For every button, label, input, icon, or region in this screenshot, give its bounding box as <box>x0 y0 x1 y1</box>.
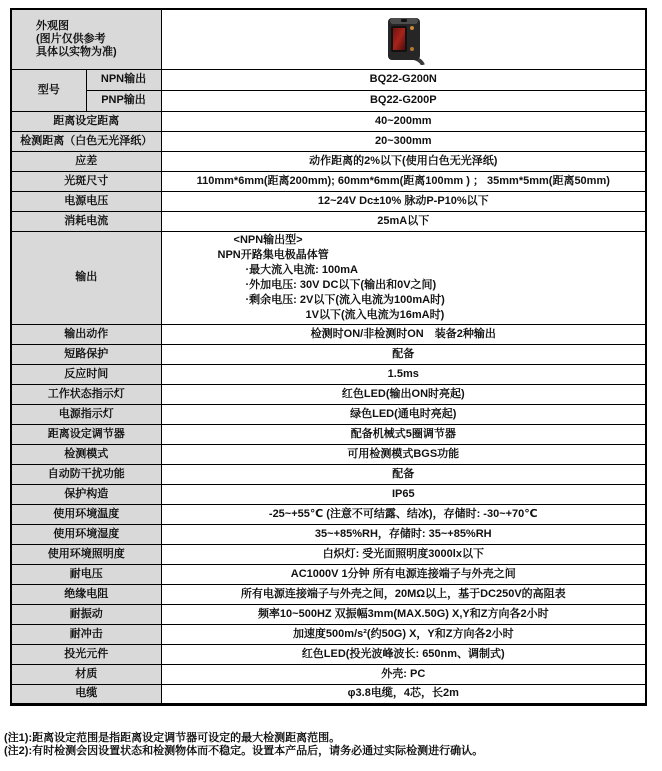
spec-label: 光斑尺寸 <box>11 171 161 191</box>
spec-label: 耐振动 <box>11 604 161 624</box>
appearance-label-line2: (图片仅供参考 <box>36 33 157 46</box>
sensor-lens <box>393 28 405 50</box>
spec-label: 反应时间 <box>11 364 161 384</box>
output-detail-block: <NPN输出型> NPN开路集电极晶体管 ·最大流入电流: 100mA ·外加电… <box>166 233 642 323</box>
table-row-appearance: 外观图 (图片仅供参考 具体以实物为准) <box>11 9 646 69</box>
spec-value: 配备机械式5圈调节器 <box>161 424 646 444</box>
spec-label: 使用环境照明度 <box>11 544 161 564</box>
table-row: 检测距离（白色无光泽纸）20~300mm <box>11 131 646 151</box>
appearance-label: 外观图 (图片仅供参考 具体以实物为准) <box>11 9 161 69</box>
spec-value: -25~+55℃ (注意不可结露、结冰)，存储时: -30~+70℃ <box>161 504 646 524</box>
spec-value: 40~200mm <box>161 111 646 131</box>
spec-value: 白炽灯: 受光面照明度3000lx以下 <box>161 544 646 564</box>
spec-value: 所有电源连接端子与外壳之间，20MΩ以上，基于DC250V的高阻表 <box>161 584 646 604</box>
spec-label: 耐冲击 <box>11 624 161 644</box>
table-row-output: 输出 <NPN输出型> NPN开路集电极晶体管 ·最大流入电流: 100mA ·… <box>11 231 646 324</box>
sensor-product-photo <box>384 15 430 65</box>
spec-value: 12~24V Dc±10% 脉动P-P10%以下 <box>161 191 646 211</box>
table-row: 电源指示灯绿色LED(通电时亮起) <box>11 404 646 424</box>
table-row: 消耗电流25mA以下 <box>11 211 646 231</box>
spec-value: 外壳: PC <box>161 664 646 684</box>
spec-label: 应差 <box>11 151 161 171</box>
table-row: 保护构造IP65 <box>11 484 646 504</box>
spec-label: 电源电压 <box>11 191 161 211</box>
spec-value: 绿色LED(通电时亮起) <box>161 404 646 424</box>
appearance-photo-cell <box>161 9 646 69</box>
spec-sheet: 外观图 (图片仅供参考 具体以实物为准) <box>0 0 662 771</box>
spec-value: 配备 <box>161 344 646 364</box>
table-row: 耐振动频率10~500HZ 双振幅3mm(MAX.50G) X,Y和Z方向各2小… <box>11 604 646 624</box>
footnote-1: (注1):距离设定范围是指距离设定调节器可设定的最大检测距离范围。 <box>4 732 483 745</box>
sensor-screw-bottom <box>410 47 414 51</box>
output-line: 1V以下(流入电流为16mA时) <box>218 308 642 323</box>
spec-table: 外观图 (图片仅供参考 具体以实物为准) <box>10 8 647 706</box>
table-row: 电缆φ3.8电缆，4芯，长2m <box>11 684 646 704</box>
spec-label: 消耗电流 <box>11 211 161 231</box>
spec-value: IP65 <box>161 484 646 504</box>
spec-value: 20~300mm <box>161 131 646 151</box>
spec-value: AC1000V 1分钟 所有电源连接端子与外壳之间 <box>161 564 646 584</box>
table-row: 耐冲击加速度500m/s²(约50G) X，Y和Z方向各2小时 <box>11 624 646 644</box>
spec-label: 电缆 <box>11 684 161 704</box>
output-line: <NPN输出型> <box>218 233 642 248</box>
spec-label: 距离设定调节器 <box>11 424 161 444</box>
model-label: 型号 <box>11 69 86 111</box>
table-row: 距离设定距离40~200mm <box>11 111 646 131</box>
spec-value: 可用检测模式BGS功能 <box>161 444 646 464</box>
spec-label: 距离设定距离 <box>11 111 161 131</box>
spec-label: 使用环境湿度 <box>11 524 161 544</box>
spec-value: 110mm*6mm(距离200mm); 60mm*6mm(距离100mm ) ；… <box>161 171 646 191</box>
spec-label: 工作状态指示灯 <box>11 384 161 404</box>
table-row: 电源电压12~24V Dc±10% 脉动P-P10%以下 <box>11 191 646 211</box>
spec-value: φ3.8电缆，4芯，长2m <box>161 684 646 704</box>
spec-value: 35~+85%RH，存储时: 35~+85%RH <box>161 524 646 544</box>
sensor-screw-top <box>410 26 414 30</box>
table-row: 自动防干扰功能配备 <box>11 464 646 484</box>
spec-label: 投光元件 <box>11 644 161 664</box>
spec-label: 材质 <box>11 664 161 684</box>
spec-value: 动作距离的2%以下(使用白色无光泽纸) <box>161 151 646 171</box>
spec-label: 绝缘电阻 <box>11 584 161 604</box>
output-line: ·剩余电压: 2V以下(流入电流为100mA时) <box>218 293 642 308</box>
table-row: 使用环境温度-25~+55℃ (注意不可结露、结冰)，存储时: -30~+70℃ <box>11 504 646 524</box>
table-row: 工作状态指示灯红色LED(输出ON时亮起) <box>11 384 646 404</box>
output-line: ·外加电压: 30V DC以下(输出和0V之间) <box>218 278 642 293</box>
table-row: 绝缘电阻所有电源连接端子与外壳之间，20MΩ以上，基于DC250V的高阻表 <box>11 584 646 604</box>
table-row: 使用环境湿度35~+85%RH，存储时: 35~+85%RH <box>11 524 646 544</box>
output-line: NPN开路集电极晶体管 <box>218 248 642 263</box>
table-row: 应差动作距离的2%以下(使用白色无光泽纸) <box>11 151 646 171</box>
spec-value: 25mA以下 <box>161 211 646 231</box>
spec-label: 检测模式 <box>11 444 161 464</box>
model-pnp-value: BQ22-G200P <box>161 90 646 111</box>
appearance-label-line3: 具体以实物为准) <box>36 46 157 59</box>
table-row: 反应时间1.5ms <box>11 364 646 384</box>
spec-label: 使用环境温度 <box>11 504 161 524</box>
table-row: 光斑尺寸110mm*6mm(距离200mm); 60mm*6mm(距离100mm… <box>11 171 646 191</box>
table-row-model-npn: 型号 NPN输出 BQ22-G200N <box>11 69 646 90</box>
footnotes: (注1):距离设定范围是指距离设定调节器可设定的最大检测距离范围。 (注2):有… <box>4 732 483 758</box>
spec-value: 加速度500m/s²(约50G) X，Y和Z方向各2小时 <box>161 624 646 644</box>
table-row: 材质外壳: PC <box>11 664 646 684</box>
spec-label: 保护构造 <box>11 484 161 504</box>
model-npn-type: NPN输出 <box>86 69 161 90</box>
table-row: 投光元件红色LED(投光波峰波长: 650nm、调制式) <box>11 644 646 664</box>
table-row-model-pnp: PNP输出 BQ22-G200P <box>11 90 646 111</box>
table-row: 使用环境照明度白炽灯: 受光面照明度3000lx以下 <box>11 544 646 564</box>
spec-value: 配备 <box>161 464 646 484</box>
footnote-2: (注2):有时检测会因设置状态和检测物体而不稳定。设置本产品后，请务必通过实际检… <box>4 745 483 758</box>
spec-label: 自动防干扰功能 <box>11 464 161 484</box>
spec-value: 红色LED(输出ON时亮起) <box>161 384 646 404</box>
spec-label: 耐电压 <box>11 564 161 584</box>
model-pnp-type: PNP输出 <box>86 90 161 111</box>
table-row: 检测模式可用检测模式BGS功能 <box>11 444 646 464</box>
output-line: ·最大流入电流: 100mA <box>218 263 642 278</box>
spec-value: 检测时ON/非检测时ON 装备2种输出 <box>161 324 646 344</box>
model-npn-value: BQ22-G200N <box>161 69 646 90</box>
table-row: 距离设定调节器配备机械式5圈调节器 <box>11 424 646 444</box>
output-value: <NPN输出型> NPN开路集电极晶体管 ·最大流入电流: 100mA ·外加电… <box>161 231 646 324</box>
spec-value: 频率10~500HZ 双振幅3mm(MAX.50G) X,Y和Z方向各2小时 <box>161 604 646 624</box>
spec-label: 输出动作 <box>11 324 161 344</box>
spec-label: 电源指示灯 <box>11 404 161 424</box>
table-row: 输出动作检测时ON/非检测时ON 装备2种输出 <box>11 324 646 344</box>
spec-value: 红色LED(投光波峰波长: 650nm、调制式) <box>161 644 646 664</box>
appearance-label-line1: 外观图 <box>36 20 157 33</box>
spec-label: 短路保护 <box>11 344 161 364</box>
table-row: 短路保护配备 <box>11 344 646 364</box>
spec-value: 1.5ms <box>161 364 646 384</box>
spec-label: 检测距离（白色无光泽纸） <box>11 131 161 151</box>
table-row: 耐电压AC1000V 1分钟 所有电源连接端子与外壳之间 <box>11 564 646 584</box>
output-label: 输出 <box>11 231 161 324</box>
